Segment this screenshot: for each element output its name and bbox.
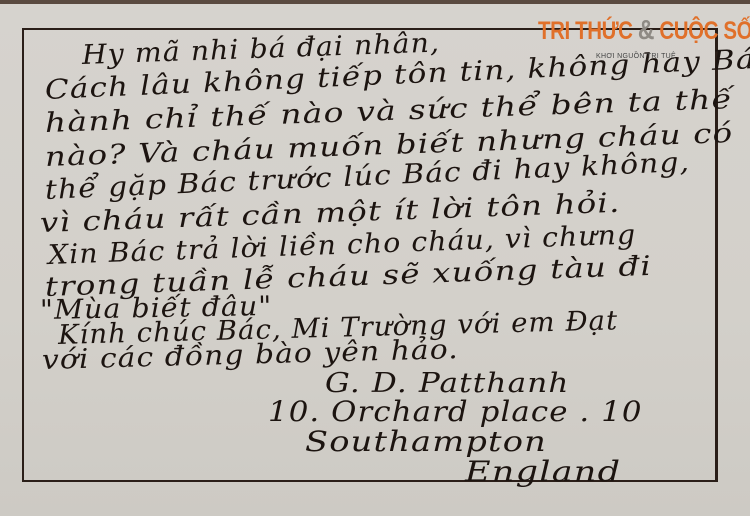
brand-part-1: TRI THỨC: [538, 17, 633, 45]
address-line-1: 10. Orchard place . 10: [268, 395, 643, 428]
address-line-3: England: [465, 455, 621, 488]
brand-tagline: KHƠI NGUỒN TRI TUỆ: [596, 53, 676, 60]
brand-name: TRI THỨC & CUỘC SỐNG: [538, 10, 750, 50]
handwritten-letter: Hy mã nhi bá đại nhân, Cách lâu không ti…: [0, 0, 750, 516]
address-line-2: Southampton: [305, 425, 547, 458]
watermark-logo: TRI THỨC & CUỘC SỐNG KHƠI NGUỒN TRI TUỆ: [538, 10, 748, 68]
brand-ampersand: &: [638, 14, 654, 45]
brand-part-2: CUỘC SỐNG: [659, 17, 750, 45]
